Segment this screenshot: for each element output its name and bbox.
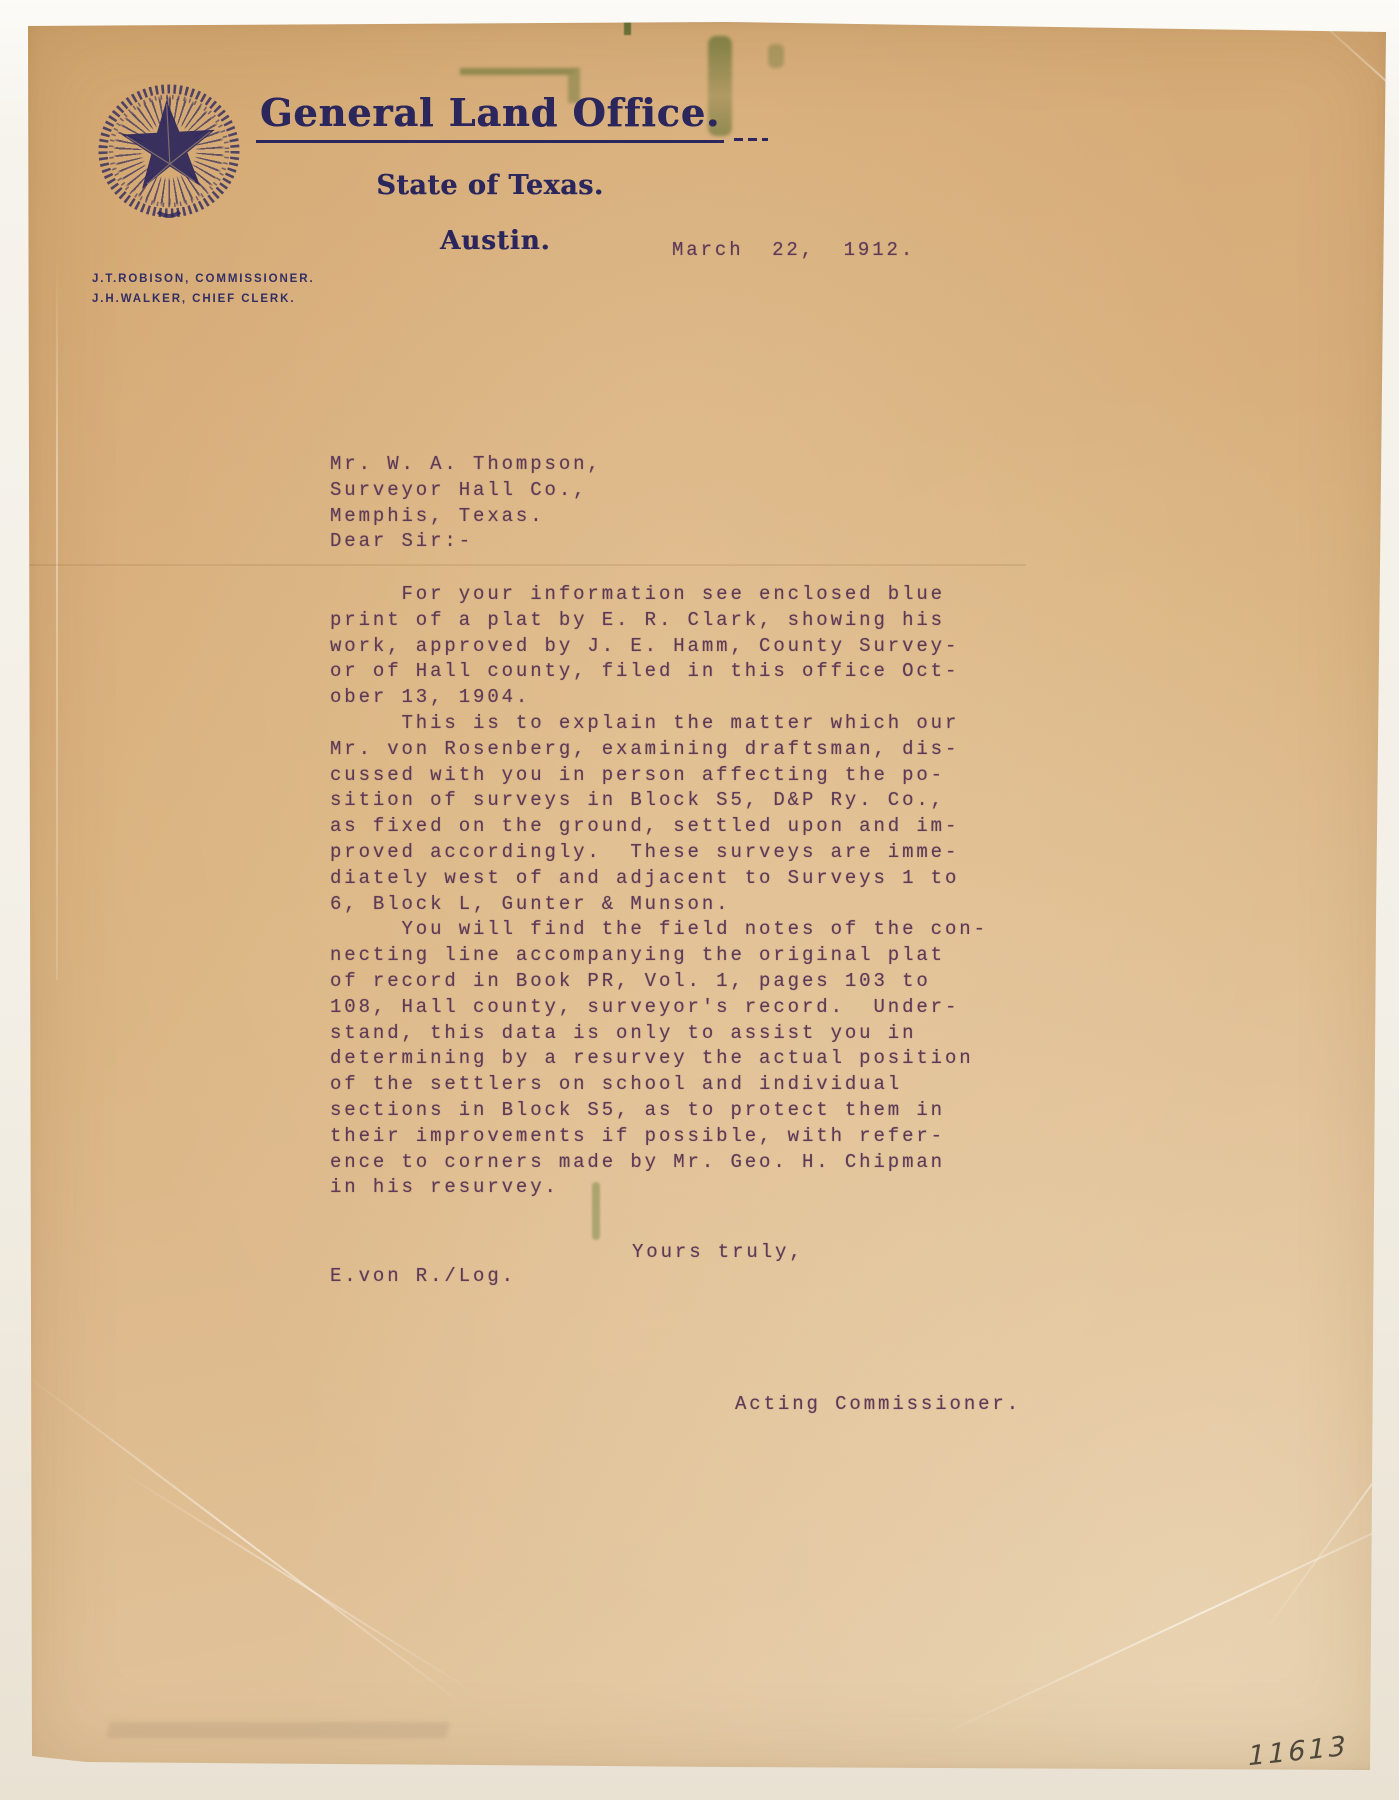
letterhead-state: State of Texas. bbox=[240, 170, 740, 201]
seal-star-wreath-icon bbox=[88, 78, 252, 224]
reference-initials: E.von R./Log. bbox=[330, 1264, 516, 1290]
crease-line bbox=[117, 1469, 474, 1693]
crease-line bbox=[1296, 0, 1399, 162]
scanned-letter: General Land Office. State of Texas. Aus… bbox=[0, 0, 1399, 1800]
underline-flourish bbox=[734, 138, 768, 141]
ink-bleed-smudge bbox=[106, 1722, 449, 1738]
signature-title: Acting Commissioner. bbox=[735, 1392, 1021, 1418]
green-stamp-remnant bbox=[768, 44, 784, 68]
letterhead-agency: General Land Office. bbox=[240, 90, 740, 143]
texas-state-seal bbox=[88, 78, 252, 224]
recipient-address: Mr. W. A. Thompson, Surveyor Hall Co., M… bbox=[330, 452, 602, 555]
crease-line bbox=[56, 260, 58, 980]
letterhead-officials: J.T.ROBISON, COMMISSIONER. J.H.WALKER, C… bbox=[92, 269, 315, 309]
letter-body: For your information see enclosed blue p… bbox=[330, 582, 988, 1201]
crease-line bbox=[26, 564, 1026, 566]
green-stamp-remnant bbox=[624, 20, 631, 35]
crease-line bbox=[22, 1372, 470, 1711]
letter-date: March 22, 1912. bbox=[672, 238, 915, 264]
letter-paper: General Land Office. State of Texas. Aus… bbox=[26, 20, 1388, 1772]
letterhead-agency-text: General Land Office. bbox=[256, 90, 724, 143]
letter-closing: Yours truly, bbox=[632, 1240, 804, 1266]
letterhead-city: Austin. bbox=[440, 226, 551, 256]
crease-line bbox=[1260, 1264, 1399, 1637]
crease-line bbox=[934, 1483, 1399, 1738]
handwritten-document-number: 11613 bbox=[1248, 1731, 1349, 1773]
